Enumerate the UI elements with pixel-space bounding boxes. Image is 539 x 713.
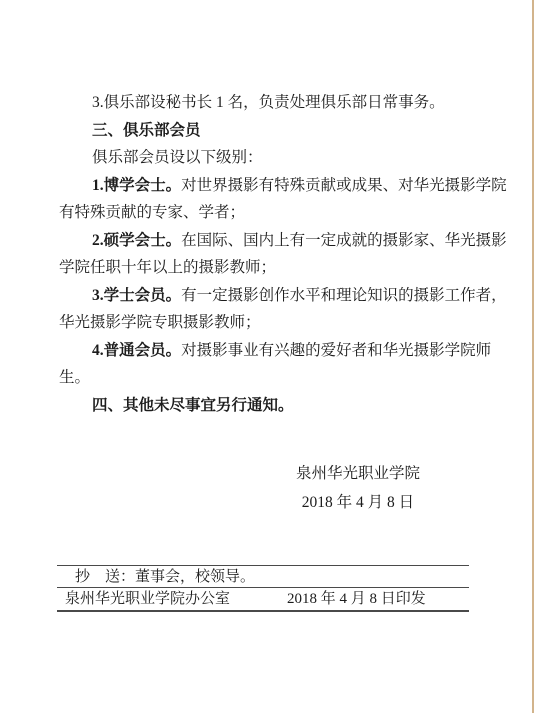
issuing-office-text: 泉州华光职业学院办公室 <box>65 591 230 607</box>
signature-organization: 泉州华光职业学院 <box>288 460 428 489</box>
text-segment: 生。 <box>59 369 90 386</box>
document-line: 学院任职十年以上的摄影教师； <box>59 254 487 282</box>
text-segment: 3.学士会员。 <box>92 287 181 304</box>
scan-page-edge-line <box>532 0 534 713</box>
text-segment: 对世界摄影有特殊贡献或成果、对华光摄影学院 <box>181 177 507 194</box>
text-segment: 学院任职十年以上的摄影教师； <box>59 259 276 276</box>
text-segment: 对摄影事业有兴趣的爱好者和华光摄影学院师 <box>181 342 491 359</box>
document-line: 2.硕学会士。在国际、国内上有一定成就的摄影家、华光摄影 <box>59 227 487 255</box>
text-segment: 3.俱乐部设秘书长 1 名，负责处理俱乐部日常事务。 <box>92 94 445 111</box>
document-body-text: 3.俱乐部设秘书长 1 名，负责处理俱乐部日常事务。三、俱乐部会员俱乐部会员设以… <box>59 89 487 419</box>
document-line: 有特殊贡献的专家、学者； <box>59 199 487 227</box>
text-segment: 有特殊贡献的专家、学者； <box>59 204 245 221</box>
cc-recipients-text: 抄 送：董事会，校领导。 <box>75 569 255 585</box>
document-footer: 抄 送：董事会，校领导。 泉州华光职业学院办公室 2018 年 4 月 8 日印… <box>57 565 469 612</box>
signature-date: 2018 年 4 月 8 日 <box>288 489 428 518</box>
text-segment: 四、其他未尽事宜另行通知。 <box>92 397 294 414</box>
text-segment: 在国际、国内上有一定成就的摄影家、华光摄影 <box>181 232 507 249</box>
text-segment: 华光摄影学院专职摄影教师； <box>59 314 261 331</box>
document-line: 四、其他未尽事宜另行通知。 <box>59 392 487 420</box>
document-line: 三、俱乐部会员 <box>59 117 487 145</box>
document-line: 3.学士会员。有一定摄影创作水平和理论知识的摄影工作者， <box>59 282 487 310</box>
document-line: 1.博学会士。对世界摄影有特殊贡献或成果、对华光摄影学院 <box>59 172 487 200</box>
document-line: 俱乐部会员设以下级别： <box>59 144 487 172</box>
signature-block: 泉州华光职业学院 2018 年 4 月 8 日 <box>288 460 428 517</box>
text-segment: 2.硕学会士。 <box>92 232 181 249</box>
cc-row: 抄 送：董事会，校领导。 <box>57 565 469 588</box>
issue-date-text: 2018 年 4 月 8 日印发 <box>287 588 426 611</box>
text-segment: 4.普通会员。 <box>92 342 181 359</box>
issue-row: 泉州华光职业学院办公室 2018 年 4 月 8 日印发 <box>57 588 469 612</box>
document-line: 华光摄影学院专职摄影教师； <box>59 309 487 337</box>
document-line: 3.俱乐部设秘书长 1 名，负责处理俱乐部日常事务。 <box>59 89 487 117</box>
document-page: 3.俱乐部设秘书长 1 名，负责处理俱乐部日常事务。三、俱乐部会员俱乐部会员设以… <box>0 0 539 713</box>
text-segment: 有一定摄影创作水平和理论知识的摄影工作者， <box>181 287 507 304</box>
document-line: 生。 <box>59 364 487 392</box>
document-line: 4.普通会员。对摄影事业有兴趣的爱好者和华光摄影学院师 <box>59 337 487 365</box>
text-segment: 1.博学会士。 <box>92 177 181 194</box>
text-segment: 俱乐部会员设以下级别： <box>92 149 263 166</box>
text-segment: 三、俱乐部会员 <box>92 122 201 139</box>
